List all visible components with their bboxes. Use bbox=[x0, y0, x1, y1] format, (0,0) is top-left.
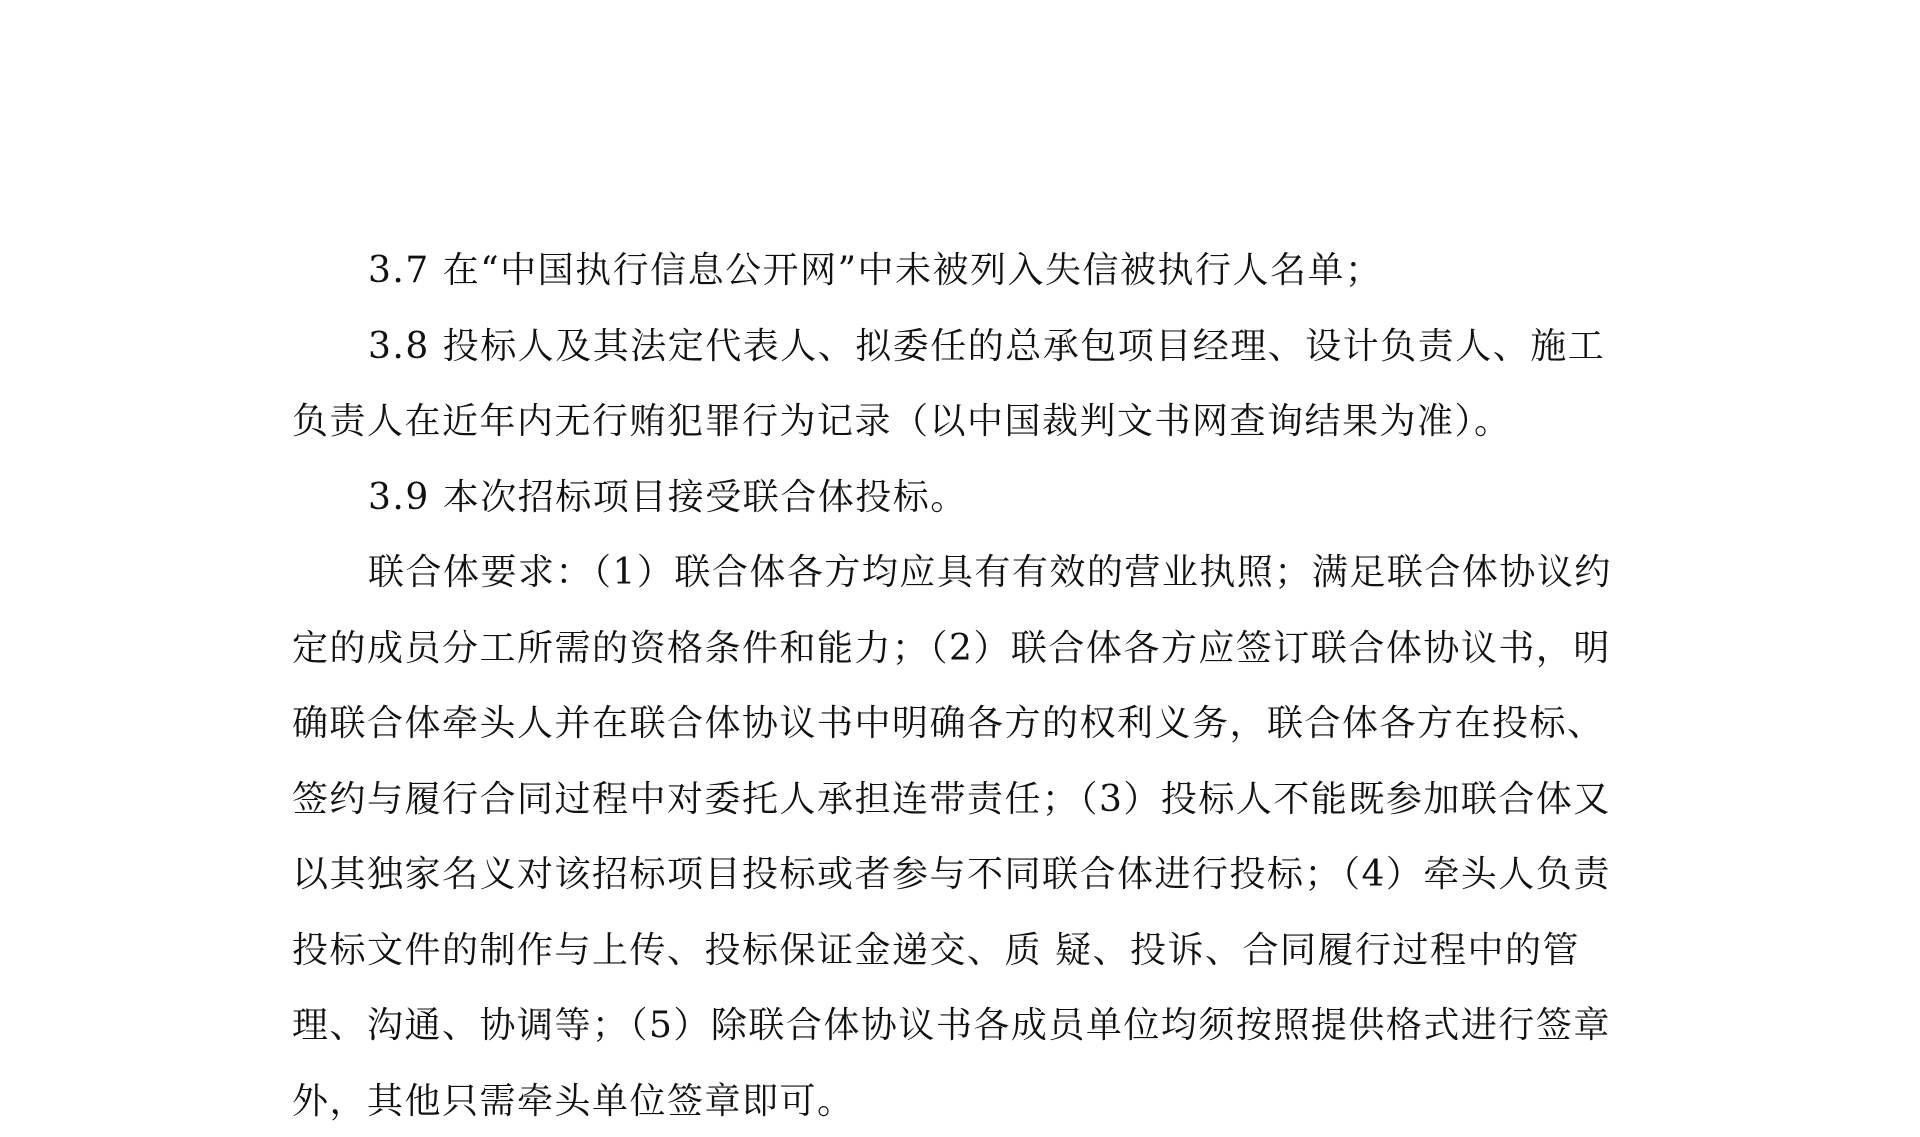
text-line: 3.9 本次招标项目接受联合体投标。 bbox=[292, 460, 1648, 536]
text-line: 定的成员分工所需的资格条件和能力；（2）联合体各方应签订联合体协议书，明 bbox=[292, 611, 1648, 687]
text-line: 联合体要求：（1）联合体各方均应具有有效的营业执照；满足联合体协议约 bbox=[292, 535, 1648, 611]
text-line: 投标文件的制作与上传、投标保证金递交、质 疑、投诉、合同履行过程中的管 bbox=[292, 913, 1648, 989]
paragraph-3-8: 3.8 投标人及其法定代表人、拟委任的总承包项目经理、设计负责人、施工 负责人在… bbox=[292, 309, 1648, 460]
text-line: 外，其他只需牵头单位签章即可。 bbox=[292, 1064, 1648, 1137]
paragraph-3-9: 3.9 本次招标项目接受联合体投标。 bbox=[292, 460, 1648, 536]
text-line: 理、沟通、协调等；（5）除联合体协议书各成员单位均须按照提供格式进行签章 bbox=[292, 988, 1648, 1064]
text-line: 以其独家名义对该招标项目投标或者参与不同联合体进行投标；（4）牵头人负责 bbox=[292, 837, 1648, 913]
text-line: 确联合体牵头人并在联合体协议书中明确各方的权利义务，联合体各方在投标、 bbox=[292, 686, 1648, 762]
paragraph-3-7: 3.7 在“中国执行信息公开网”中未被列入失信被执行人名单； bbox=[292, 233, 1648, 309]
document-page: 3.7 在“中国执行信息公开网”中未被列入失信被执行人名单； 3.8 投标人及其… bbox=[292, 233, 1648, 1137]
text-line: 3.8 投标人及其法定代表人、拟委任的总承包项目经理、设计负责人、施工 bbox=[292, 309, 1648, 385]
text-line: 负责人在近年内无行贿犯罪行为记录（以中国裁判文书网查询结果为准）。 bbox=[292, 384, 1648, 460]
paragraph-consortium-requirements: 联合体要求：（1）联合体各方均应具有有效的营业执照；满足联合体协议约 定的成员分… bbox=[292, 535, 1648, 1137]
text-line: 签约与履行合同过程中对委托人承担连带责任；（3）投标人不能既参加联合体又 bbox=[292, 762, 1648, 838]
text-line: 3.7 在“中国执行信息公开网”中未被列入失信被执行人名单； bbox=[292, 233, 1648, 309]
